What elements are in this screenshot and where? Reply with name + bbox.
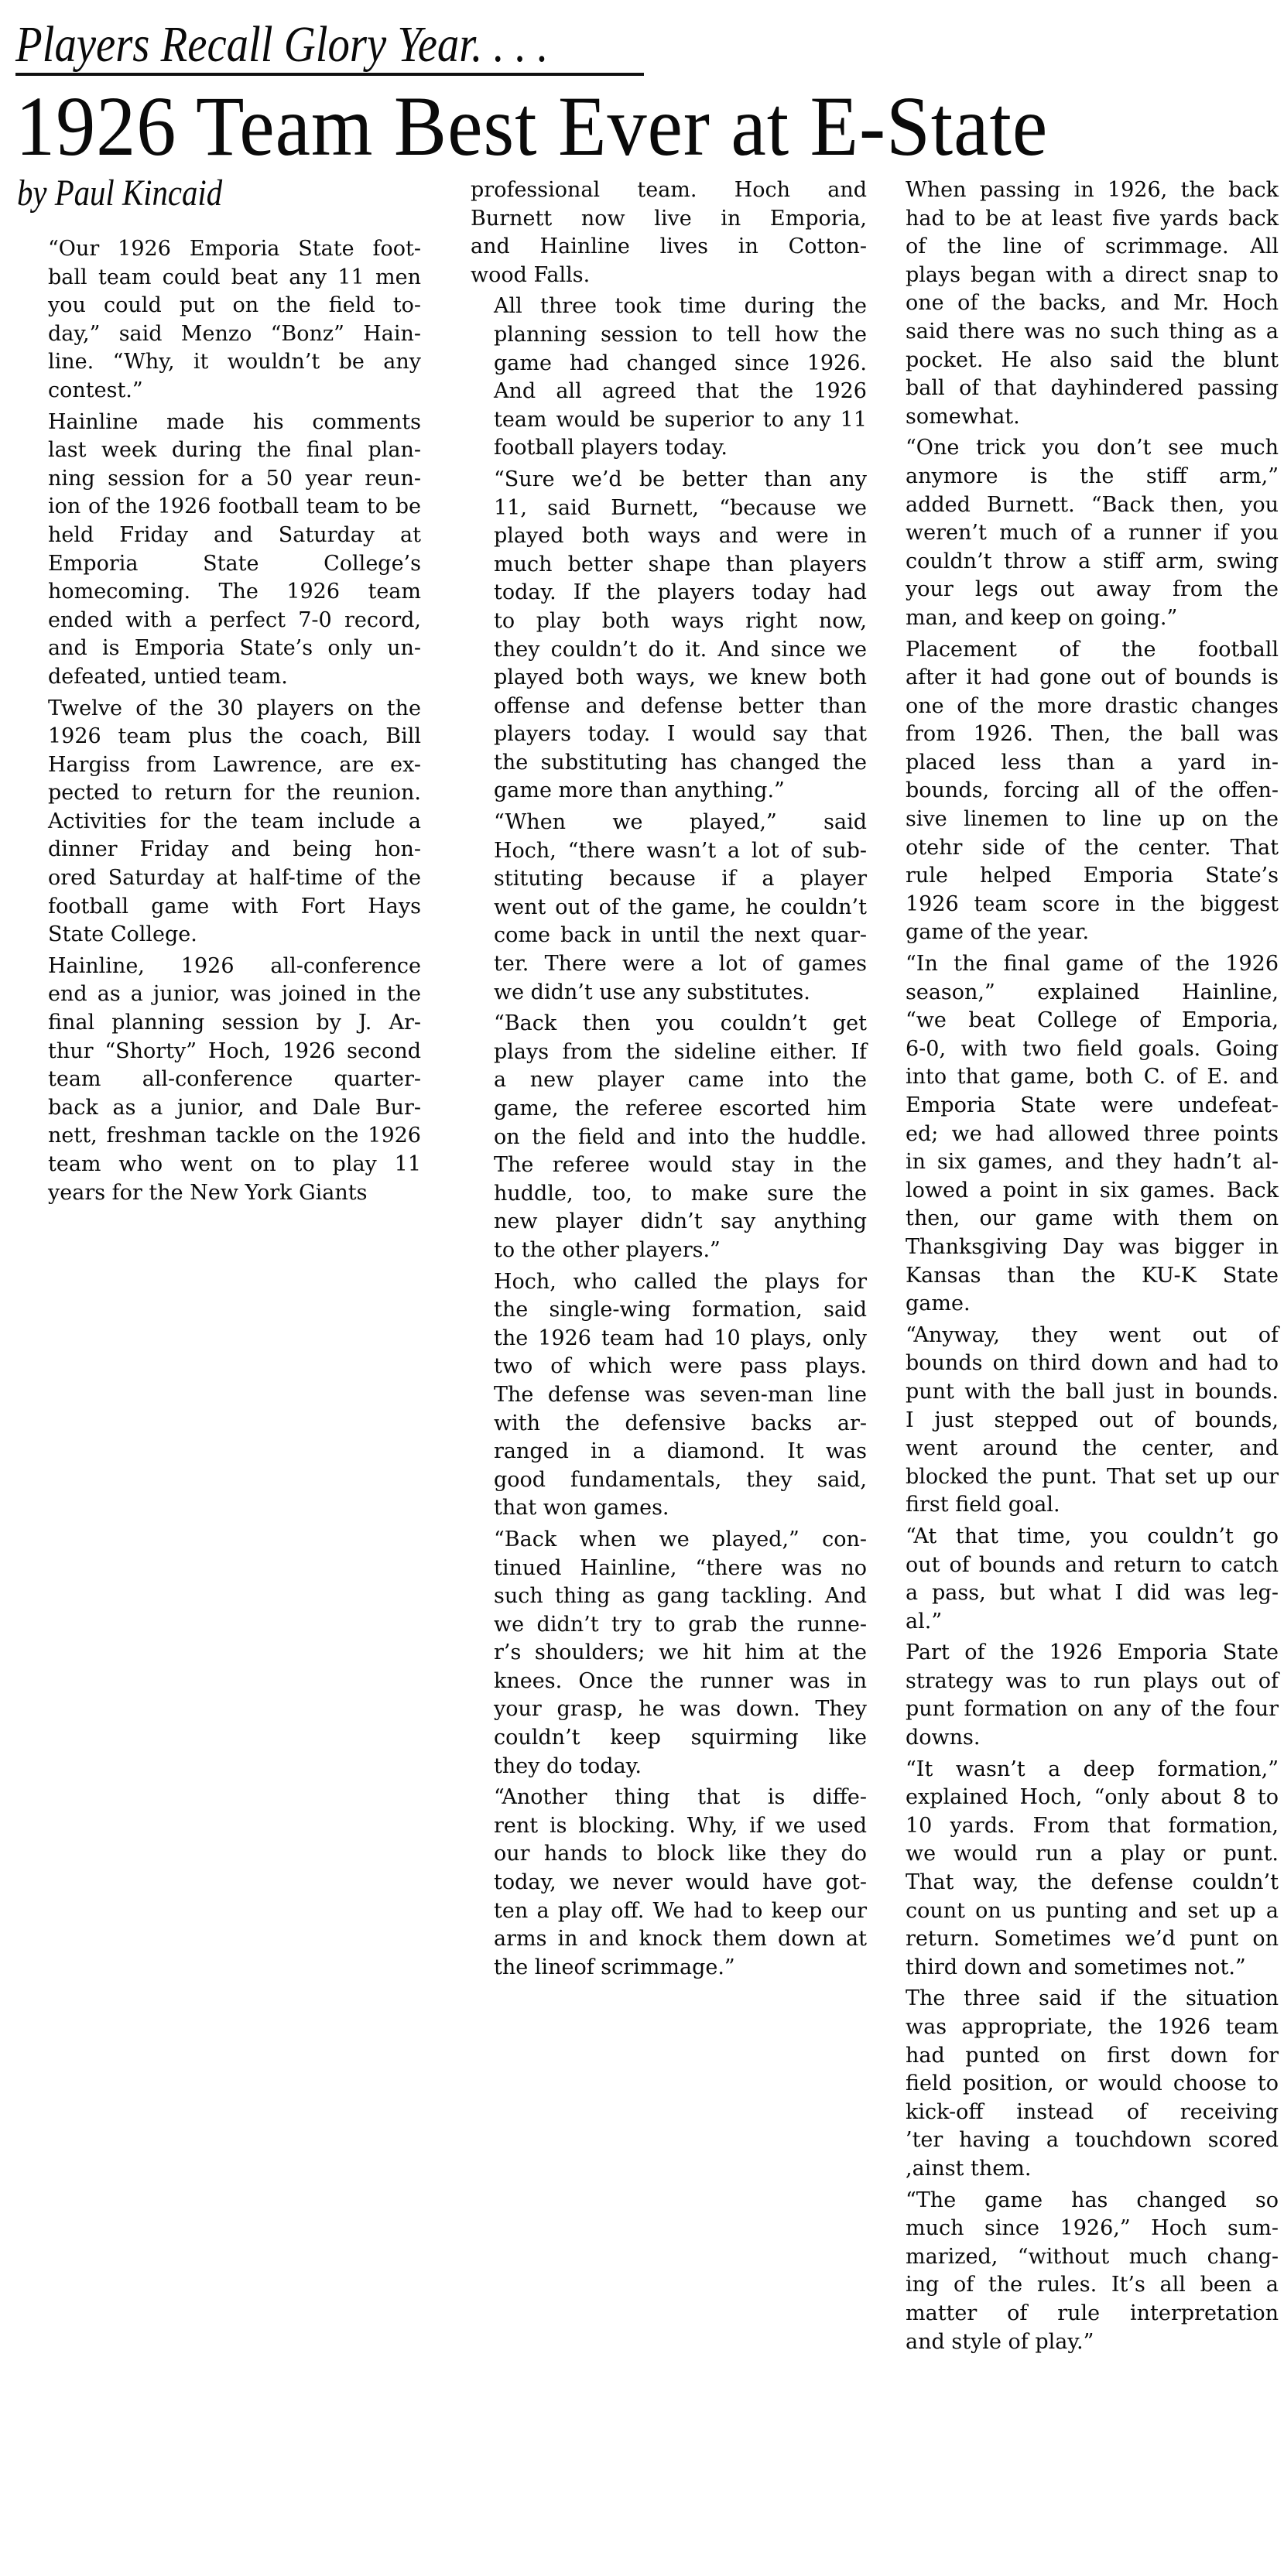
text-line: thur “Shorty” Hoch, 1926 second [25,1038,421,1066]
text-line: bounds, forcing all of the offen- [882,777,1279,806]
article-paragraph: When passing in 1926, the backhad to be … [882,176,1279,431]
text-line: “Another thing that is diffe- [471,1784,867,1812]
text-line: weren’t much of a runner if you [882,519,1279,548]
text-line: come back in until the next quar- [471,922,867,950]
text-line: count on us punting and set up a [882,1897,1279,1926]
text-line: game. [882,1290,1279,1319]
text-line: the 1926 team had 10 plays, only [471,1325,867,1353]
text-line: “In the final game of the 1926 [882,950,1279,979]
text-line: we didn’t use any substitutes. [471,979,867,1007]
text-line: tinued Hainline, “there was no [471,1555,867,1583]
text-line: played both ways, we knew both [471,664,867,693]
text-line: team who went on to play 11 [25,1151,421,1179]
text-line: into that game, both C. of E. and [882,1063,1279,1092]
text-line: ion of the 1926 football team to be [25,493,421,522]
text-line: couldn’t keep squirming like [471,1724,867,1753]
text-line: third down and sometimes not.” [882,1954,1279,1982]
text-line: downs. [882,1724,1279,1753]
kicker-title: Players Recall Glory Year. . . . [15,15,548,74]
text-line: When passing in 1926, the back [882,176,1279,205]
article-paragraph: “Another thing that is diffe-rent is blo… [471,1784,867,1982]
text-line: Twelve of the 30 players on the [25,695,421,724]
article-paragraph: professional team. Hoch andBurnett now l… [471,176,867,289]
text-line: punt with the ball just in bounds. [882,1378,1279,1407]
text-line: last week during the final plan- [25,436,421,465]
article-paragraph: The three said if the situationwas appro… [882,1985,1279,2183]
text-line: such thing as gang tackling. And [471,1582,867,1611]
text-line: a pass, but what I did was leg- [882,1579,1279,1608]
text-line: “we beat College of Emporia, [882,1007,1279,1035]
text-line: I just stepped out of bounds, [882,1407,1279,1435]
text-line: played both ways and were in [471,522,867,551]
text-line: pocket. He also said the blunt [882,347,1279,375]
text-line: knees. Once the runner was in [471,1668,867,1696]
article-paragraph: “The game has changed somuch since 1926,… [882,2187,1279,2357]
text-line: Hainline, 1926 all-conference [25,953,421,981]
text-line: a new player came into the [471,1066,867,1095]
article-column-1: “Our 1926 Emporia State foot-ball team c… [25,235,421,1210]
article-paragraph: Part of the 1926 Emporia Statestrategy w… [882,1639,1279,1752]
text-line: “It wasn’t a deep formation,” [882,1756,1279,1784]
text-line: to play both ways right now, [471,607,867,636]
text-line: football players today. [471,434,867,463]
text-line: somewhat. [882,403,1279,432]
text-line: wood Falls. [471,262,867,290]
text-line: The three said if the situation [882,1985,1279,2013]
text-line: today. If the players today had [471,579,867,607]
text-line: defeated, untied team. [25,663,421,692]
text-line: much since 1926,” Hoch sum- [882,2215,1279,2243]
text-line: plays from the sideline either. If [471,1038,867,1067]
text-line: Kansas than the KU-K State [882,1262,1279,1291]
text-line: “One trick you don’t see much [882,434,1279,463]
text-line: our hands to block like they do [471,1840,867,1869]
text-line: ,ainst them. [882,2155,1279,2184]
text-line: and Hainline lives in Cotton- [471,233,867,262]
text-line: Hoch, who called the plays for [471,1268,867,1297]
text-line: r’s shoulders; we hit him at the [471,1639,867,1668]
text-line: The referee would stay in the [471,1151,867,1180]
text-line: Hoch, “there wasn’t a lot of sub- [471,837,867,866]
text-line: to the other players.” [471,1237,867,1265]
article-paragraph: “In the final game of the 1926season,” e… [882,950,1279,1319]
text-line: ball of that dayhindered passing [882,375,1279,403]
article-paragraph: Hainline, 1926 all-conferenceend as a ju… [25,953,421,1207]
text-line: And all agreed that the 1926 [471,378,867,406]
text-line: pected to return for the reunion. [25,779,421,808]
text-line: ended with a perfect 7-0 record, [25,607,421,635]
kicker-underline [15,73,644,76]
text-line: That way, the defense couldn’t [882,1869,1279,1897]
text-line: matter of rule interpretation [882,2300,1279,2328]
text-line: day,” said Menzo “Bonz” Hain- [25,320,421,349]
text-line: rent is blocking. Why, if we used [471,1812,867,1841]
text-line: of the line of scrimmage. All [882,233,1279,262]
text-line: Activities for the team include a [25,808,421,836]
text-line: nett, freshman tackle on the 1926 [25,1122,421,1151]
text-line: football game with Fort Hays [25,893,421,922]
text-line: anymore is the stiff arm,” [882,463,1279,491]
article-paragraph: “One trick you don’t see muchanymore is … [882,434,1279,632]
text-line: al.” [882,1608,1279,1637]
text-line: Emporia State College’s [25,550,421,579]
text-line: “Sure we’d be better than any [471,466,867,494]
text-line: All three took time during the [471,292,867,321]
article-paragraph: Placement of the footballafter it had go… [882,636,1279,948]
text-line: end as a junior, was joined in the [25,980,421,1009]
text-line: 1926 team plus the coach, Bill [25,723,421,751]
text-line: then, our game with them on [882,1205,1279,1233]
text-line: ten a play off. We had to keep our [471,1897,867,1926]
text-line: that won games. [471,1494,867,1523]
text-line: placed less than a yard in- [882,749,1279,778]
text-line: dinner Friday and being hon- [25,836,421,864]
text-line: in six games, and they hadn’t al- [882,1148,1279,1177]
text-line: 10 yards. From that formation, [882,1812,1279,1841]
text-line: and is Emporia State’s only un- [25,635,421,663]
text-line: Emporia State were undefeat- [882,1092,1279,1120]
text-line: today, we never would have got- [471,1869,867,1897]
article-column-2: professional team. Hoch andBurnett now l… [471,176,867,1985]
text-line: and style of play.” [882,2328,1279,2357]
article-paragraph: “When we played,” saidHoch, “there wasn’… [471,809,867,1007]
text-line: final planning session by J. Ar- [25,1009,421,1038]
text-line: players today. I would say that [471,720,867,749]
text-line: plays began with a direct snap to [882,262,1279,290]
text-line: kick-off instead of receiving [882,2099,1279,2127]
text-line: Burnett now live in Emporia, [471,205,867,234]
text-line: “At that time, you couldn’t go [882,1523,1279,1551]
text-line: went around the center, and [882,1435,1279,1463]
text-line: couldn’t throw a stiff arm, swing [882,548,1279,576]
text-line: they do today. [471,1753,867,1781]
text-line: they couldn’t do it. And since we [471,636,867,665]
text-line: you could put on the field to- [25,292,421,320]
text-line: arms in and knock them down at [471,1925,867,1954]
text-line: after it had gone out of bounds is [882,664,1279,693]
text-line: we didn’t try to grab the runne- [471,1611,867,1640]
text-line: said there was no such thing as a [882,318,1279,347]
article-paragraph: “Our 1926 Emporia State foot-ball team c… [25,235,421,405]
text-line: held Friday and Saturday at [25,522,421,550]
text-line: bounds on third down and had to [882,1350,1279,1378]
byline: by Paul Kincaid [17,172,222,215]
text-line: Hargiss from Lawrence, are ex- [25,751,421,780]
text-line: 1926 team score in the biggest [882,891,1279,919]
text-line: ed; we had allowed three points [882,1120,1279,1149]
text-line: return. Sometimes we’d punt on [882,1925,1279,1954]
text-line: game more than anything.” [471,777,867,806]
article-paragraph: “Sure we’d be better than any11, said Bu… [471,466,867,806]
text-line: ranged in a diamond. It was [471,1438,867,1466]
text-line: game, the referee escorted him [471,1095,867,1124]
text-line: homecoming. The 1926 team [25,578,421,607]
headline: 1926 Team Best Ever at E-State [15,84,1048,169]
text-line: Thanksgiving Day was bigger in [882,1233,1279,1262]
text-line: “Back then you couldn’t get [471,1010,867,1038]
text-line: Hainline made his comments [25,409,421,437]
text-line: years for the New York Giants [25,1179,421,1208]
text-line: much better shape than players [471,551,867,580]
text-line: lowed a point in six games. Back [882,1177,1279,1206]
text-line: punt formation on any of the four [882,1695,1279,1724]
text-line: explained Hoch, “only about 8 to [882,1784,1279,1812]
text-line: ored Saturday at half-time of the [25,864,421,893]
text-line: line. “Why, it wouldn’t be any [25,348,421,377]
text-line: went out of the game, he couldn’t [471,894,867,922]
text-line: was appropriate, the 1926 team [882,2013,1279,2042]
text-line: “Our 1926 Emporia State foot- [25,235,421,264]
text-line: Part of the 1926 Emporia State [882,1639,1279,1668]
article-column-3: When passing in 1926, the backhad to be … [882,176,1279,2359]
text-line: team all-conference quarter- [25,1066,421,1094]
text-line: ’ter having a touchdown scored [882,2126,1279,2155]
article-paragraph: “Back then you couldn’t getplays from th… [471,1010,867,1264]
text-line: contest.” [25,377,421,405]
text-line: added Burnett. “Back then, you [882,491,1279,520]
text-line: sive linemen to line up on the [882,806,1279,834]
article-paragraph: “At that time, you couldn’t goout of bou… [882,1523,1279,1636]
text-line: The defense was seven-man line [471,1381,867,1410]
text-line: team would be superior to any 11 [471,406,867,435]
text-line: huddle, too, to make sure the [471,1180,867,1209]
text-line: one of the backs, and Mr. Hoch [882,289,1279,318]
text-line: your grasp, he was down. They [471,1695,867,1724]
text-line: we would run a play or punt. [882,1840,1279,1869]
text-line: new player didn’t say anything [471,1208,867,1237]
text-line: had punted on first down for [882,2042,1279,2071]
text-line: the single-wing formation, said [471,1296,867,1325]
text-line: field position, or would choose to [882,2070,1279,2099]
text-line: rule helped Emporia State’s [882,862,1279,891]
article-paragraph: “It wasn’t a deep formation,”explained H… [882,1756,1279,1982]
text-line: one of the more drastic changes [882,693,1279,721]
text-line: 6-0, with two field goals. Going [882,1035,1279,1064]
text-line: with the defensive backs ar- [471,1410,867,1439]
text-line: ing of the rules. It’s all been a [882,2271,1279,2300]
text-line: Placement of the football [882,636,1279,665]
article-paragraph: Hoch, who called the plays forthe single… [471,1268,867,1523]
text-line: “Anyway, they went out of [882,1322,1279,1350]
text-line: marized, “without much chang- [882,2243,1279,2272]
text-line: good fundamentals, they said, [471,1466,867,1495]
text-line: out of bounds and return to catch [882,1551,1279,1580]
text-line: two of which were pass plays. [471,1353,867,1381]
text-line: offense and defense better than [471,693,867,721]
text-line: ter. There were a lot of games [471,950,867,979]
text-line: from 1926. Then, the ball was [882,720,1279,749]
text-line: “When we played,” said [471,809,867,837]
text-line: “Back when we played,” con- [471,1526,867,1555]
article-paragraph: “Anyway, they went out ofbounds on third… [882,1322,1279,1520]
text-line: game of the year. [882,919,1279,947]
text-line: “The game has changed so [882,2187,1279,2215]
text-line: professional team. Hoch and [471,176,867,205]
text-line: back as a junior, and Dale Bur- [25,1094,421,1123]
text-line: ball team could beat any 11 men [25,264,421,292]
text-line: otehr side of the center. That [882,834,1279,863]
article-paragraph: “Back when we played,” con-tinued Hainli… [471,1526,867,1781]
text-line: on the field and into the huddle. [471,1124,867,1152]
text-line: stituting because if a player [471,865,867,894]
text-line: season,” explained Hainline, [882,979,1279,1007]
text-line: planning session to tell how the [471,321,867,350]
text-line: man, and keep on going.” [882,604,1279,633]
text-line: 11, said Burnett, “because we [471,494,867,523]
text-line: first field goal. [882,1491,1279,1520]
text-line: strategy was to run plays out of [882,1668,1279,1696]
text-line: your legs out away from the [882,576,1279,604]
text-line: the lineof scrimmage.” [471,1954,867,1982]
article-paragraph: All three took time during theplanning s… [471,292,867,463]
text-line: ning session for a 50 year reun- [25,465,421,494]
article-paragraph: Twelve of the 30 players on the1926 team… [25,695,421,949]
text-line: State College. [25,921,421,949]
text-line: blocked the punt. That set up our [882,1463,1279,1492]
article-paragraph: Hainline made his commentslast week duri… [25,409,421,692]
text-line: had to be at least five yards back [882,205,1279,234]
text-line: the substituting has changed the [471,749,867,778]
text-line: game had changed since 1926. [471,350,867,378]
